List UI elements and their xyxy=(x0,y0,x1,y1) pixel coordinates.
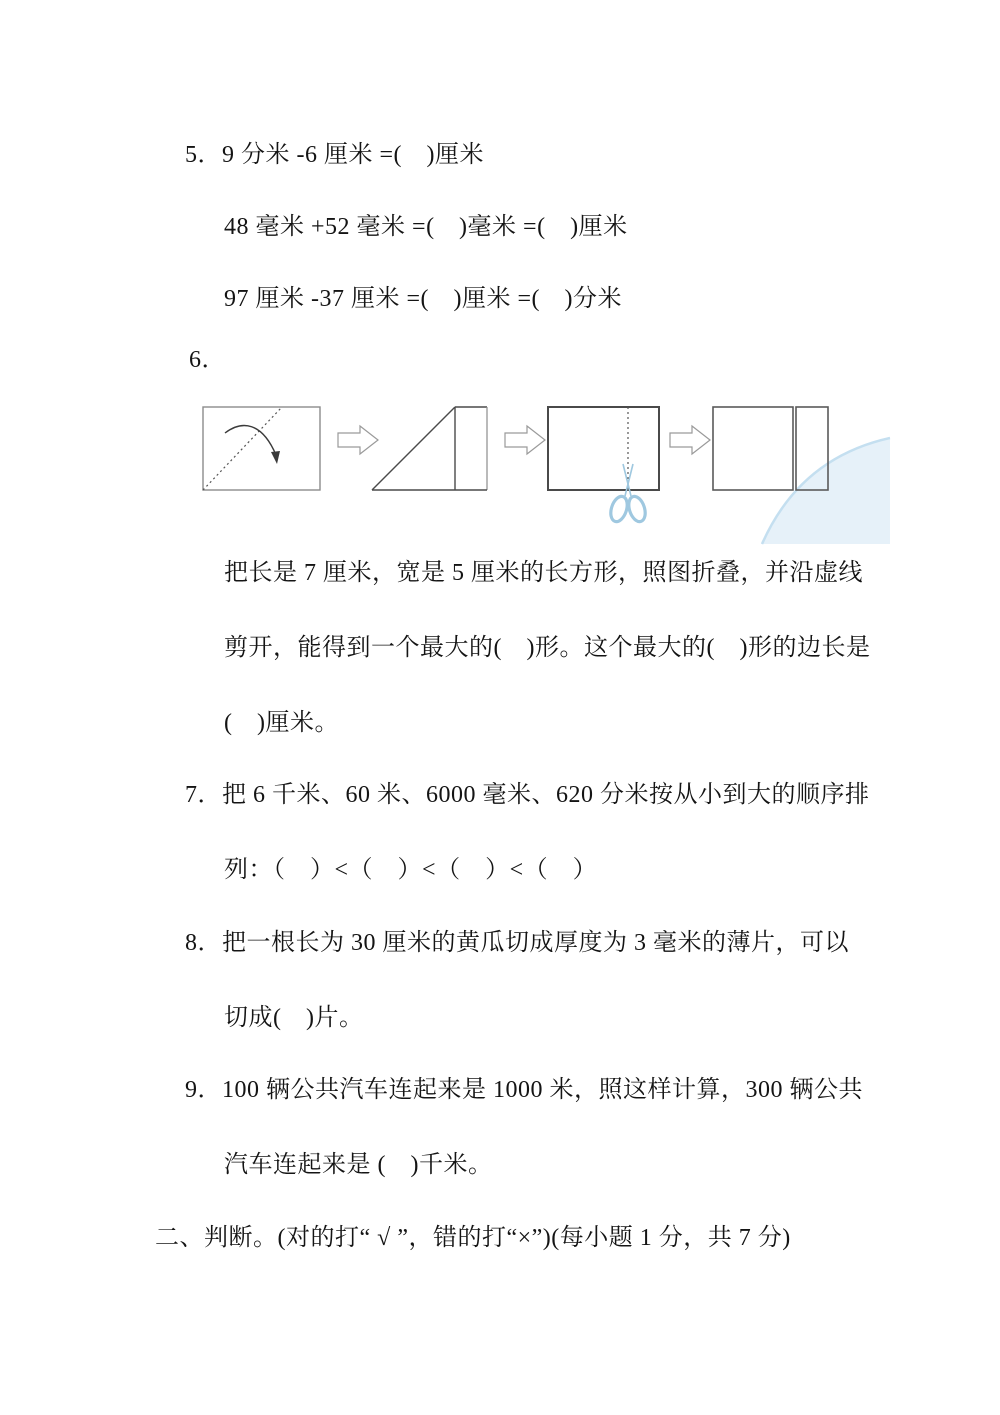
question-6-line-1: 把长是 7 厘米，宽是 5 厘米的长方形，照图折叠，并沿虚线 xyxy=(224,559,863,588)
step3-rectangle-with-cut-line xyxy=(548,407,659,524)
question-9-line-1: 9．100 辆公共汽车连起来是 1000 米，照这样计算，300 辆公共 xyxy=(185,1076,863,1105)
question-7-line-1: 7．把 6 千米、60 米、6000 毫米、620 分米按从小到大的顺序排 xyxy=(185,781,870,810)
question-6-line-2: 剪开，能得到一个最大的( )形。这个最大的( )形的边长是 xyxy=(224,634,870,663)
section-2-heading: 二、判断。(对的打“ √ ”，错的打“×”)(每小题 1 分，共 7 分) xyxy=(155,1224,791,1253)
question-6-line-3: ( )厘米。 xyxy=(224,709,339,738)
folding-steps-diagram xyxy=(200,396,900,546)
right-arrow-icon xyxy=(338,426,378,454)
question-5-line-1: 5．9 分米 -6 厘米 =( )厘米 xyxy=(185,141,484,170)
question-9-line-2: 汽车连起来是 ( )千米。 xyxy=(224,1151,492,1180)
question-5-line-2: 48 毫米 +52 毫米 =( )毫米 =( )厘米 xyxy=(224,213,628,242)
watermark-arc xyxy=(762,438,890,544)
fold-arrow-icon xyxy=(225,426,280,464)
step2-folded-triangle-shape xyxy=(372,407,487,490)
right-arrow-icon xyxy=(505,426,545,454)
question-6-number: 6． xyxy=(189,346,226,375)
step1-rectangle-with-fold-line xyxy=(203,407,320,490)
question-5-line-3: 97 厘米 -37 厘米 =( )厘米 =( )分米 xyxy=(224,285,622,314)
question-8-line-2: 切成( )片。 xyxy=(224,1004,363,1033)
right-arrow-icon xyxy=(670,426,710,454)
question-7-line-2: 列：（ ）<（ ）<（ ）<（ ） xyxy=(224,856,597,885)
worksheet-page: 5．9 分米 -6 厘米 =( )厘米 48 毫米 +52 毫米 =( )毫米 … xyxy=(0,0,1000,1415)
question-8-line-1: 8．把一根长为 30 厘米的黄瓜切成厚度为 3 毫米的薄片，可以 xyxy=(185,929,849,958)
